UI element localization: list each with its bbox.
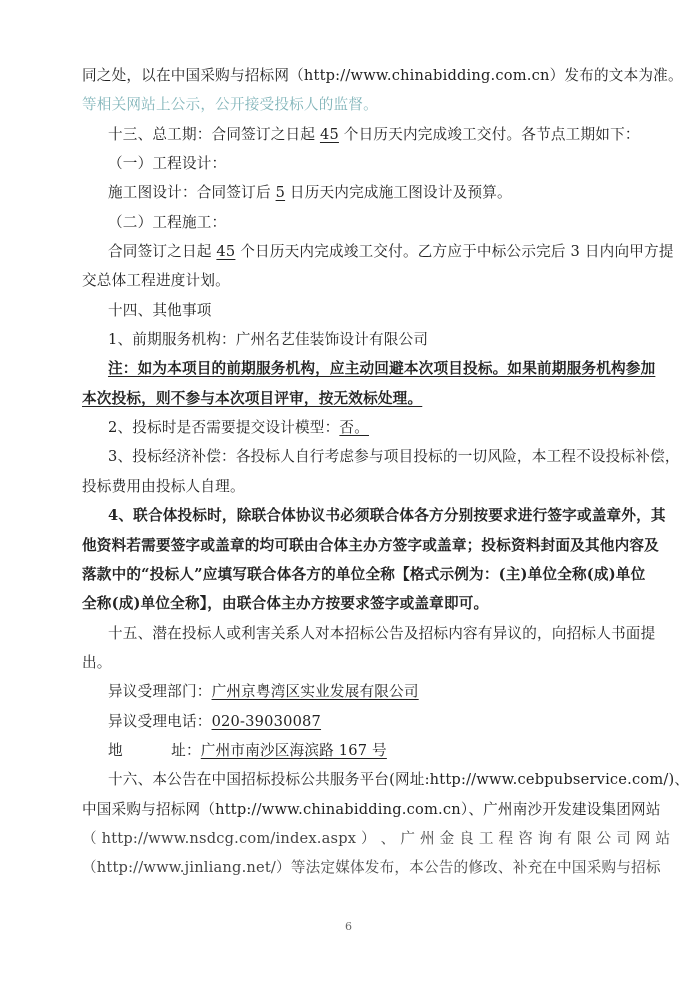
- pre-service-agency: 1、前期服务机构：广州名艺佳装饰设计有限公司: [108, 330, 428, 350]
- paragraph-line: 投标费用由投标人自理。: [82, 477, 245, 497]
- duration-days: 45: [320, 126, 339, 143]
- section-15-objection: 十五、潜在投标人或利害关系人对本招标公告及招标内容有异议的，向招标人书面提: [108, 624, 655, 644]
- paragraph-line: 出。: [82, 653, 112, 673]
- paragraph-line: 他资料若需要签字或盖章的均可联由合体主办方签字或盖章；投标资料封面及其他内容及: [82, 536, 659, 556]
- paragraph-line: （http://www.jinliang.net/）等法定媒体发布，本公告的修改…: [82, 858, 661, 878]
- design-days: 5: [276, 184, 286, 201]
- objection-phone: 异议受理电话：020-39030087: [108, 712, 321, 732]
- section-14-heading: 十四、其他事项: [108, 301, 212, 321]
- objection-address-value: 广州市南沙区海滨路 167 号: [201, 742, 387, 759]
- design-model-required: 2、投标时是否需要提交设计模型：否。: [108, 418, 369, 438]
- design-model-answer: 否。: [339, 419, 369, 436]
- subsection-construction: （二）工程施工：: [108, 213, 226, 233]
- construction-drawing-design: 施工图设计：合同签订后 5 日历天内完成施工图设计及预算。: [108, 183, 512, 203]
- consortium-bidding: 4、联合体投标时，除联合体协议书必须联合体各方分别按要求进行签字或盖章外，其: [108, 506, 666, 526]
- paragraph-line: 同之处，以在中国采购与招标网（http://www.chinabidding.c…: [82, 66, 683, 86]
- objection-department: 异议受理部门：广州京粤湾区实业发展有限公司: [108, 682, 419, 702]
- paragraph-line: 交总体工程进度计划。: [82, 271, 230, 291]
- subsection-design: （一）工程设计：: [108, 154, 226, 174]
- section-16-publication: 十六、本公告在中国招标投标公共服务平台(网址:http://www.cebpub…: [108, 770, 689, 790]
- section-13-total-duration: 十三、总工期：合同签订之日起 45 个日历天内完成竣工交付。各节点工期如下：: [108, 125, 640, 145]
- paragraph-line-faded: 等相关网站上公示，公开接受投标人的监督。: [82, 95, 378, 115]
- objection-department-value: 广州京粤湾区实业发展有限公司: [212, 683, 419, 700]
- paragraph-line: 中国采购与招标网（http://www.chinabidding.com.cn）…: [82, 800, 661, 820]
- paragraph-line: （ http://www.nsdcg.com/index.aspx ） 、 广 …: [82, 829, 670, 849]
- construction-duration: 合同签订之日起 45 个日历天内完成竣工交付。乙方应于中标公示完后 3 日内向甲…: [108, 242, 674, 262]
- page-number: 6: [345, 920, 352, 933]
- bid-compensation: 3、投标经济补偿：各投标人自行考虑参与项目投标的一切风险，本工程不设投标补偿，: [108, 447, 680, 467]
- objection-address: 地 址：广州市南沙区海滨路 167 号: [108, 741, 387, 761]
- objection-phone-value: 020-39030087: [212, 713, 321, 730]
- paragraph-line: 落款中的“投标人”应填写联合体各方的单位全称【格式示例为：(主)单位全称(成)单…: [82, 565, 645, 585]
- note-line: 注：如为本项目的前期服务机构，应主动回避本次项目投标。如果前期服务机构参加: [108, 359, 655, 379]
- construction-days: 45: [216, 243, 235, 260]
- note-line: 本次投标，则不参与本次项目评审，按无效标处理。: [82, 389, 422, 409]
- paragraph-line: 全称(成)单位全称】，由联合体主办方按要求签字或盖章即可。: [82, 594, 488, 614]
- document-page: 同之处，以在中国采购与招标网（http://www.chinabidding.c…: [0, 0, 700, 989]
